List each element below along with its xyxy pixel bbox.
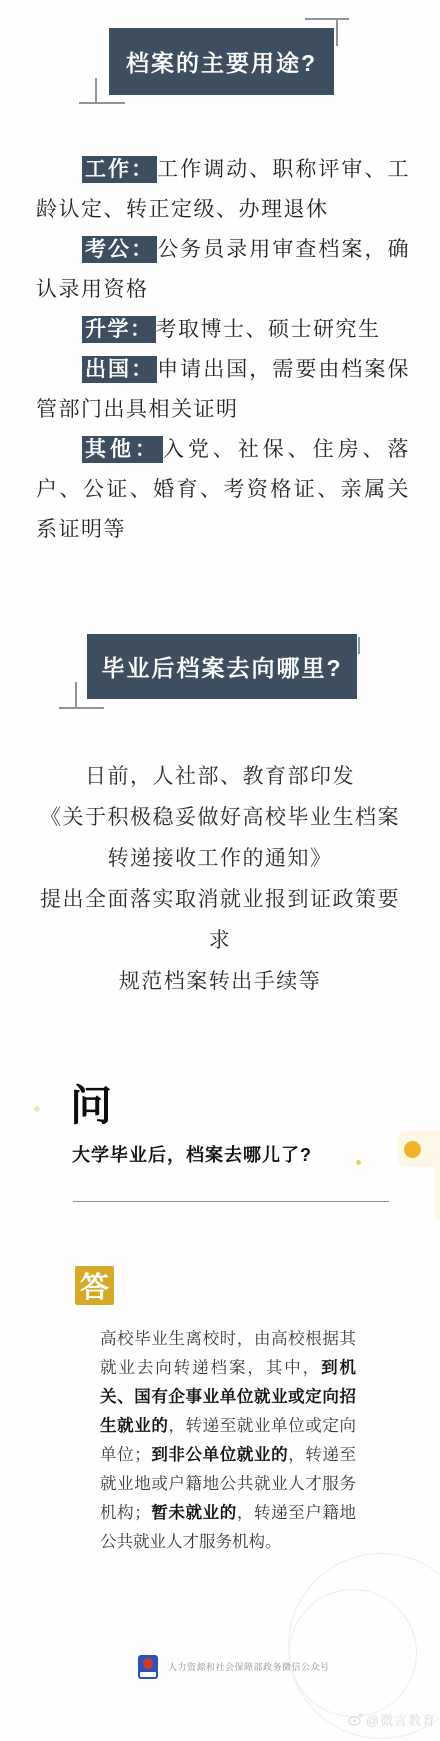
use-text-further-study: 考取博士、硕士研究生 xyxy=(156,318,381,341)
answer-text: 高校毕业生离校时，由高校根据其就业去向转递档案，其中，到机关、国有企事业单位就业… xyxy=(100,1325,356,1557)
use-item-abroad: 出国：申请出国，需要由档案保管部门出具相关证明 xyxy=(36,350,410,430)
yellow-circle-decoration xyxy=(404,1141,421,1158)
section-title-where: 毕业后档案去向哪里? xyxy=(87,634,357,699)
where-description: 日前，人社部、教育部印发 《关于积极稳妥做好高校毕业生档案 转递接收工作的通知》… xyxy=(0,756,440,1002)
answer-icon: 答 xyxy=(75,1266,114,1305)
crop-mark-box2-bottom-left-vertical xyxy=(75,682,77,709)
where-line-3: 转递接收工作的通知》 xyxy=(0,838,440,879)
use-tag-further-study: 升学： xyxy=(82,316,156,343)
use-tag-work: 工作： xyxy=(82,156,157,183)
use-tag-abroad: 出国： xyxy=(82,356,157,383)
question-divider-line xyxy=(73,1201,389,1202)
pale-dot-decoration xyxy=(34,1106,40,1112)
section-title-uses-text: 档案的主要用途? xyxy=(126,45,317,78)
use-item-civil-exam: 考公：公务员录用审查档案，确认录用资格 xyxy=(36,230,410,310)
footer-account-label: 人力资源和社会保障部政务微信公众号 xyxy=(168,1661,330,1673)
use-item-further-study: 升学：考取博士、硕士研究生 xyxy=(36,310,410,350)
ministry-logo xyxy=(138,1655,158,1679)
use-item-other: 其他：入党、社保、住房、落户、公证、婚育、考资格证、亲属关系证明等 xyxy=(36,430,410,550)
watermark-text: @微言教育 xyxy=(366,1710,436,1729)
uses-list: 工作：工作调动、职称评审、工龄认定、转正定级、办理退休 考公：公务员录用审查档案… xyxy=(36,150,410,550)
use-tag-civil-exam: 考公： xyxy=(82,236,157,263)
section-title-where-text: 毕业后档案去向哪里? xyxy=(101,650,342,683)
crop-mark-box2-bottom-left-horizontal xyxy=(59,707,104,709)
where-line-6: 规范档案转出手续等 xyxy=(0,961,440,1002)
where-line-2: 《关于积极稳妥做好高校毕业生档案 xyxy=(0,797,440,838)
where-line-5: 求 xyxy=(0,920,440,961)
question-icon: 问 xyxy=(70,1083,112,1129)
small-yellow-dot-decoration xyxy=(356,1160,361,1165)
cream-edge-decoration xyxy=(435,1167,440,1219)
crop-mark-top-right-horizontal xyxy=(305,18,349,20)
logo-white-strip xyxy=(140,1672,156,1677)
crop-mark-bottom-left-horizontal xyxy=(79,102,125,104)
question-text: 大学毕业后，档案去哪儿了? xyxy=(72,1141,312,1167)
use-tag-other: 其他： xyxy=(82,436,163,463)
watermark: @微言教育 xyxy=(348,1710,436,1729)
section-title-uses: 档案的主要用途? xyxy=(109,28,334,95)
weibo-icon xyxy=(348,1713,363,1726)
where-line-1: 日前，人社部、教育部印发 xyxy=(0,756,440,797)
crop-mark-bottom-left-vertical xyxy=(95,78,97,104)
national-emblem-icon xyxy=(143,1658,153,1669)
where-line-4: 提出全面落实取消就业报到证政策要 xyxy=(0,879,440,920)
crop-mark-top-right-vertical xyxy=(336,18,338,46)
answer-icon-text: 答 xyxy=(80,1265,109,1306)
crop-mark-box2-top-right xyxy=(358,637,360,654)
infographic-page: 档案的主要用途? 工作：工作调动、职称评审、工龄认定、转正定级、办理退休 考公：… xyxy=(0,0,440,1741)
use-item-work: 工作：工作调动、职称评审、工龄认定、转正定级、办理退休 xyxy=(36,150,410,230)
